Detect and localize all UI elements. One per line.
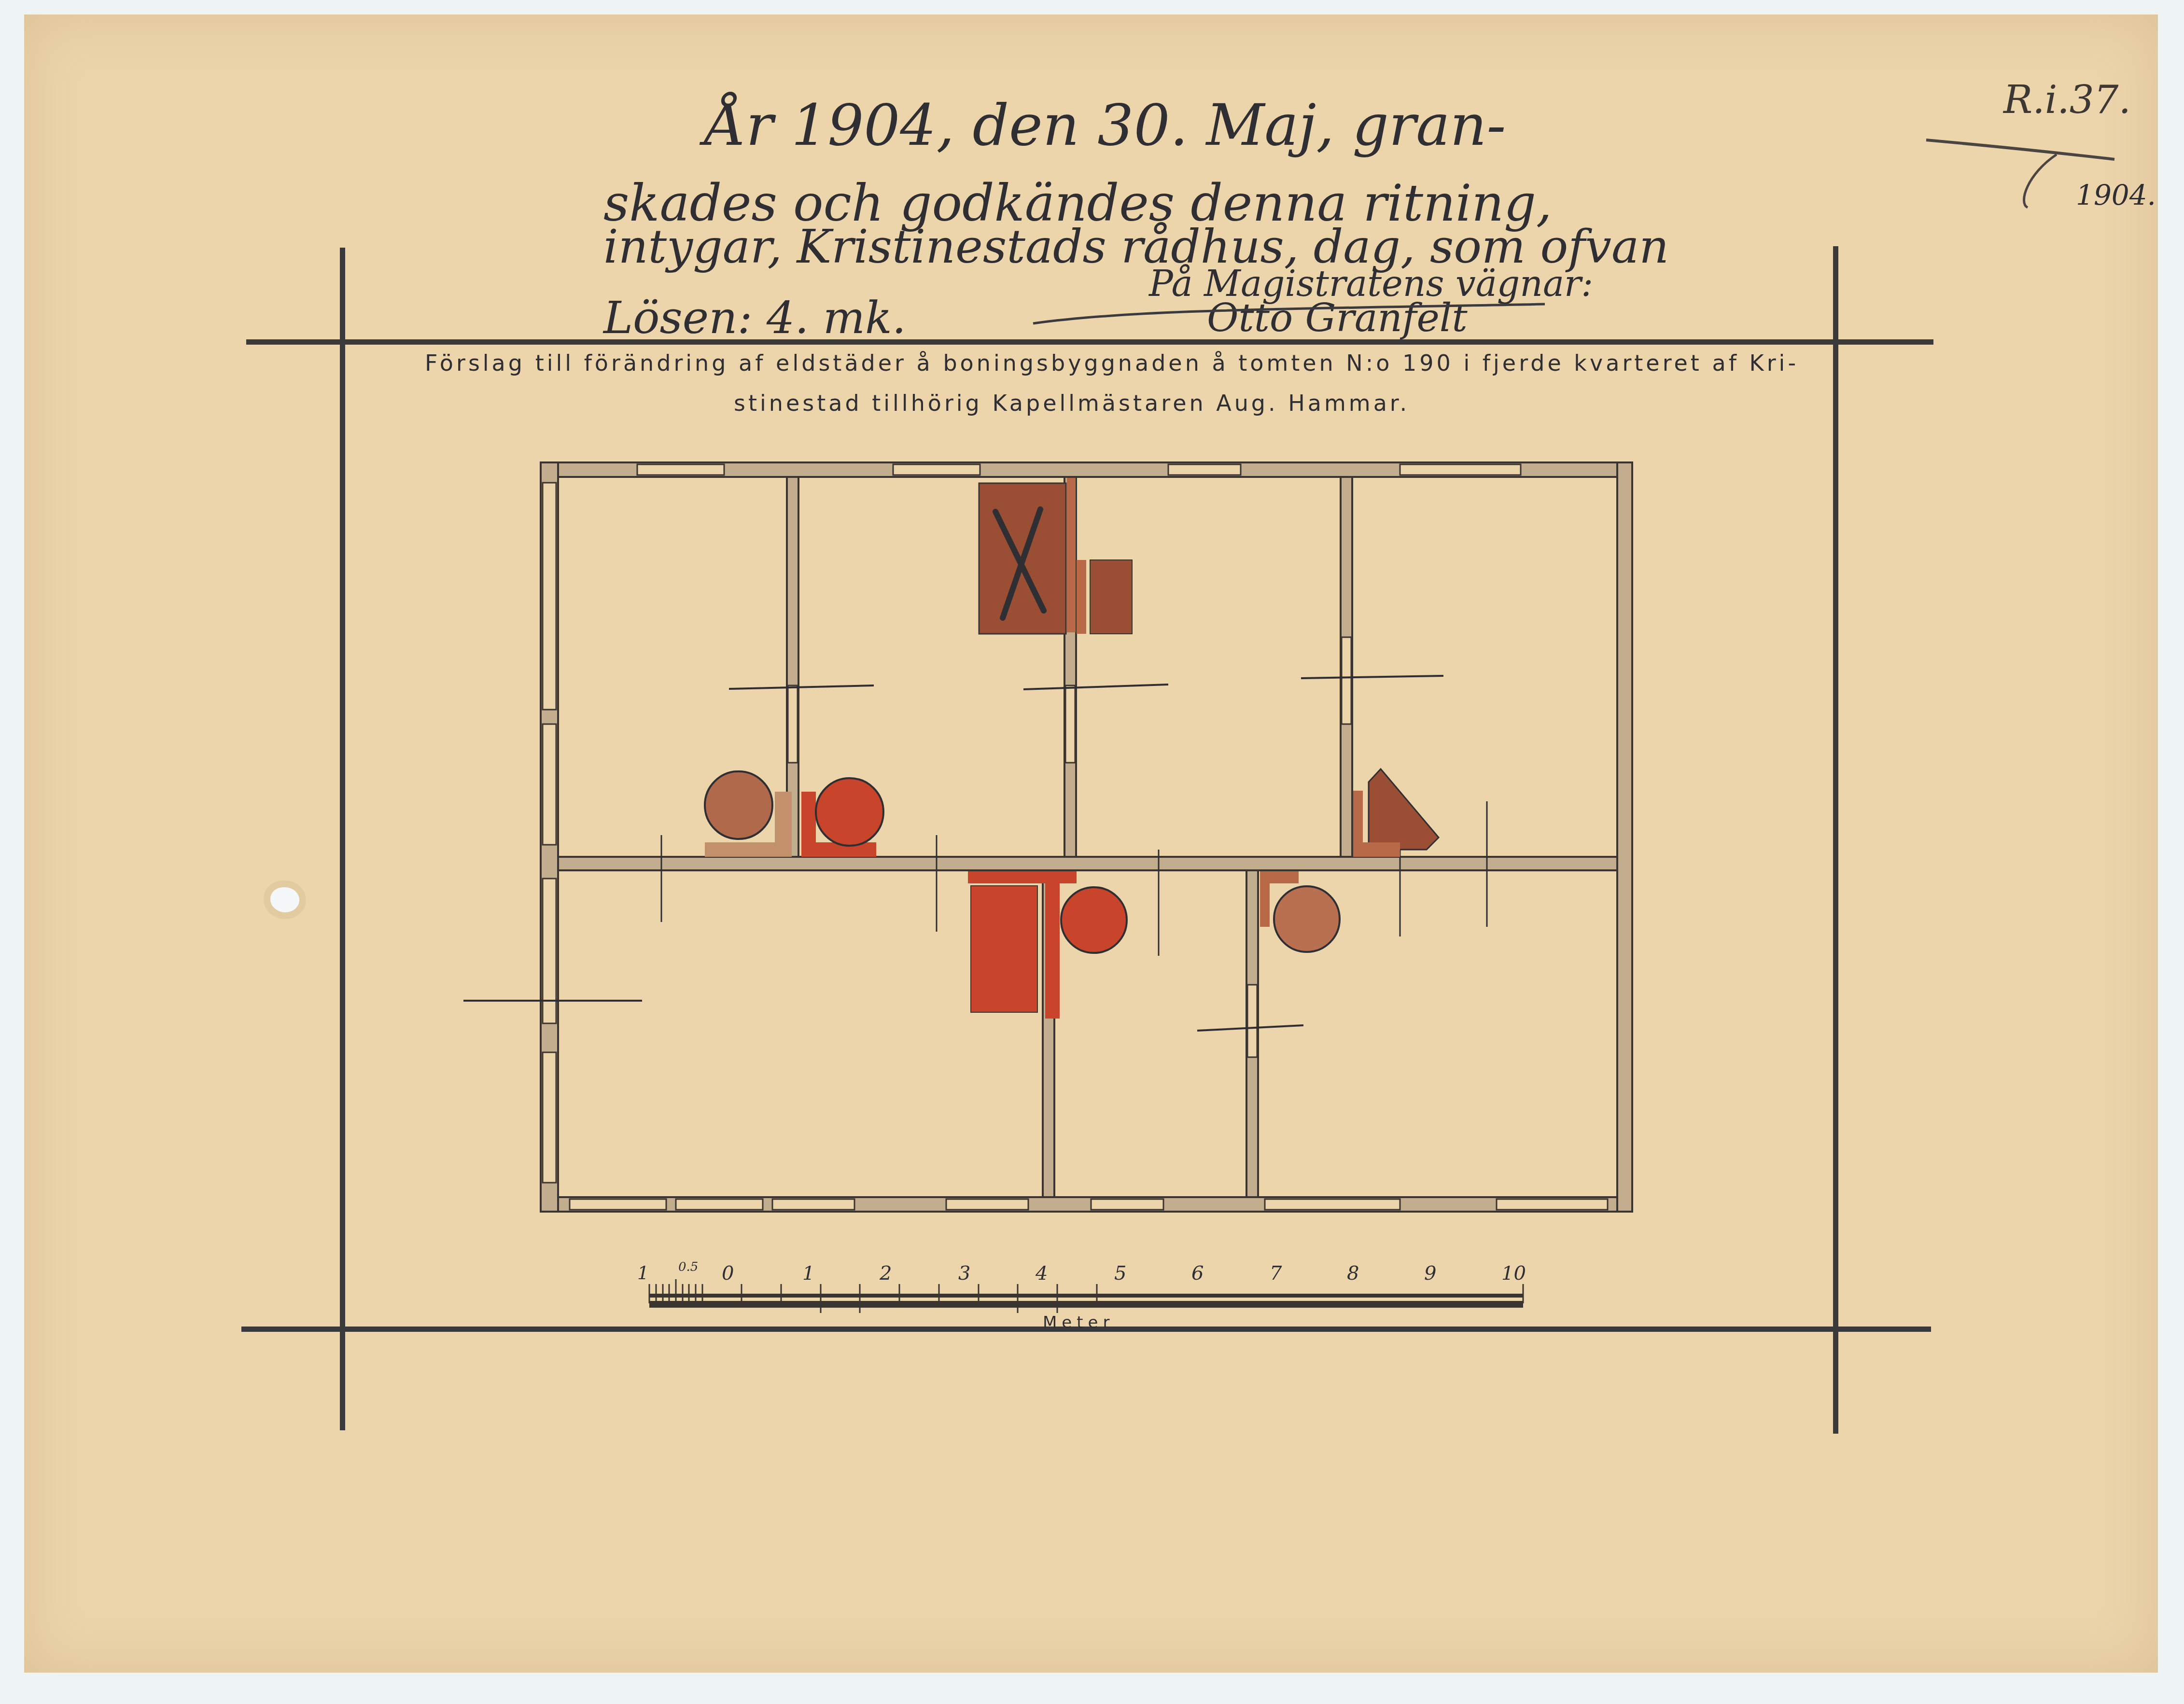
scale-unit: Meter: [1043, 1313, 1114, 1332]
round-stove-3: [1061, 887, 1127, 953]
scale-tick-label: 3: [958, 1262, 970, 1285]
round-stove-2: [816, 778, 883, 846]
scale-tick-label: 0: [722, 1262, 734, 1285]
wall-east: [1617, 462, 1632, 1212]
scale-tick-label: 8: [1347, 1262, 1359, 1285]
scale-tick-label: 5: [1114, 1262, 1126, 1285]
round-stove-4: [1274, 886, 1340, 952]
scale-tick-label: 4: [1036, 1262, 1048, 1285]
scale-tick-label: 6: [1191, 1262, 1204, 1285]
scale-tick-label: 7: [1270, 1262, 1282, 1285]
corner-stove: [1369, 769, 1439, 850]
scale-tick-label: 2: [880, 1262, 892, 1285]
round-stove-1: [705, 771, 772, 839]
scale-tick-label: 9: [1424, 1262, 1436, 1285]
scale-tick-label: 10: [1501, 1262, 1526, 1285]
scale-bar: [649, 1279, 1523, 1313]
wall-center: [558, 857, 1617, 870]
new-stove: [971, 886, 1037, 1012]
stove-small: [1090, 560, 1132, 634]
scale-tick-label: 1: [802, 1262, 814, 1285]
scale-tick-label: 1: [637, 1262, 649, 1284]
scale-tick-label: 0.5: [678, 1260, 698, 1274]
floor-plan: [0, 0, 2184, 1704]
